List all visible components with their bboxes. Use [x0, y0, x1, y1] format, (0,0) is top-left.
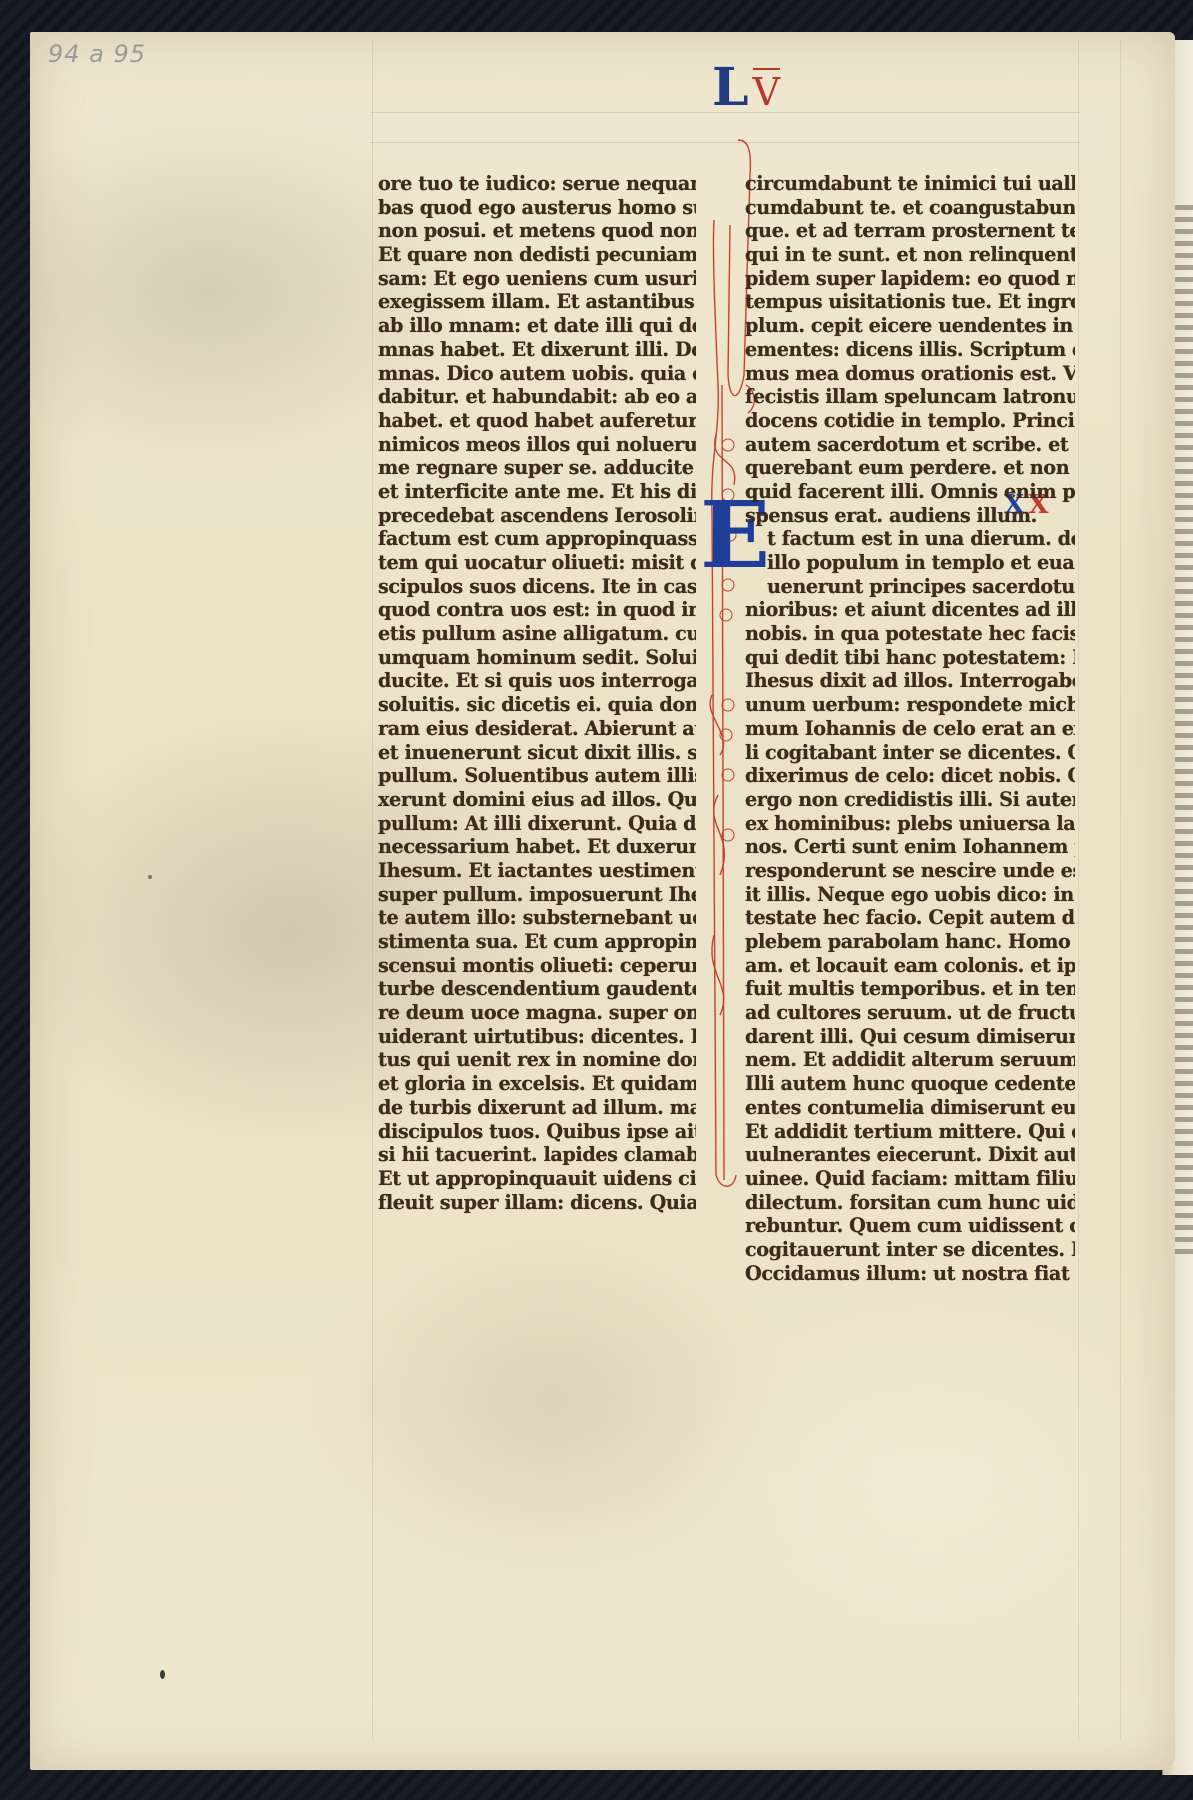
text-line: necessarium habet. Et duxerunt illum ad: [378, 835, 696, 859]
text-line: ad cultores seruum. ut de fructu uinee: [745, 1001, 1075, 1025]
text-line: rebuntur. Quem cum uidissent coloni.: [745, 1214, 1075, 1238]
ink-speck: [148, 875, 152, 879]
text-line: si hii tacuerint. lapides clamabunt.: [378, 1143, 696, 1167]
text-line: pullum: At illi dixerunt. Quia dominus e…: [378, 812, 696, 836]
text-line: mnas. Dico autem uobis. quia omni habent…: [378, 362, 696, 386]
text-line: uiderant uirtutibus: dicentes. Benedic: [378, 1025, 696, 1049]
text-line: t factum est in una dierum. docente: [745, 527, 1075, 551]
text-line: ducite. Et si quis uos interrogauerit. q…: [378, 669, 696, 693]
text-line: scipulos suos dicens. Ite in castellum: [378, 575, 696, 599]
text-line: quid facerent illi. Omnis enim populus s…: [745, 480, 1075, 504]
text-line: autem sacerdotum et scribe. et principes…: [745, 433, 1075, 457]
text-line: fleuit super illam: dicens. Quia si cogn…: [378, 1191, 696, 1215]
text-line: non posui. et metens quod non seminaui.: [378, 219, 696, 243]
running-head-red-letter: V: [753, 68, 780, 114]
text-line: nobis. in qua potestate hec facis: Aut q…: [745, 622, 1075, 646]
ruling-line: [372, 40, 373, 1740]
text-line: nos. Certi sunt enim Iohannem prophetam …: [745, 835, 1075, 859]
text-line: nimicos meos illos qui noluerunt: [378, 433, 696, 457]
text-line: dabitur. et habundabit: ab eo autem qui …: [378, 385, 696, 409]
text-line: uenerunt principes sacerdotum et scribe …: [745, 575, 1075, 599]
text-line: tus qui uenit rex in nomine domini: pax …: [378, 1048, 696, 1072]
text-line: precedebat ascendens Ierosolimam. Et: [378, 504, 696, 528]
text-line: super pullum. imposuerunt Ihesum. Eun: [378, 883, 696, 907]
text-line: stimenta sua. Et cum appropinquaret iam …: [378, 930, 696, 954]
parchment-hole: [160, 1670, 165, 1679]
text-column-left: ore tuo te iudico: serue nequam. Sci bas…: [378, 172, 696, 1214]
text-line: fecistis illam speluncam latronum. Et er…: [745, 385, 1075, 409]
text-line: ram eius desiderat. Abierunt autem qui m…: [378, 717, 696, 741]
text-line: me regnare super se. adducite huc:: [378, 456, 696, 480]
text-line: qui in te sunt. et non relinquent in te …: [745, 243, 1075, 267]
pencil-folio-note: 94 a 95: [48, 40, 146, 68]
text-line: factum est cum appropinquasset Bethfage …: [378, 527, 696, 551]
text-line: nem. Et addidit alterum seruum mittere.: [745, 1048, 1075, 1072]
text-line: darent illi. Qui cesum dimiserunt eum in…: [745, 1025, 1075, 1049]
text-line: illo populum in templo et euangelizante.…: [745, 551, 1075, 575]
text-line: scensui montis oliueti: ceperunt omnes: [378, 954, 696, 978]
text-line: etis pullum asine alligatum. cui nemo: [378, 622, 696, 646]
text-line: plebem parabolam hanc. Homo plantauit ui…: [745, 930, 1075, 954]
text-line: ore tuo te iudico: serue nequam. Sci: [378, 172, 696, 196]
text-line: quod contra uos est: in quod introeuntes…: [378, 598, 696, 622]
text-line: ab illo mnam: et date illi qui decem: [378, 314, 696, 338]
text-line: ementes: dicens illis. Scriptum est: qui…: [745, 338, 1075, 362]
text-line: ex hominibus: plebs uniuersa lapidabit: [745, 812, 1075, 836]
text-line: bas quod ego austerus homo sum. tollens …: [378, 196, 696, 220]
text-line: mnas habet. Et dixerunt illi. Domine hab…: [378, 338, 696, 362]
text-line: testate hec facio. Cepit autem dicere ad: [745, 906, 1075, 930]
text-line: uinee. Quid faciam: mittam filium meum: [745, 1167, 1075, 1191]
text-line: it illis. Neque ego uobis dico: in qua p…: [745, 883, 1075, 907]
text-line: habet. et quod habet auferetur ab eo. Ve…: [378, 409, 696, 433]
text-line: sam: Et ego ueniens cum usuris utique: [378, 267, 696, 291]
text-column-right: circumdabunt te inimici tui uallo. et ci…: [745, 172, 1075, 1285]
text-line: pidem super lapidem: eo quod non cognoue…: [745, 267, 1075, 291]
text-line: Et ut appropinquauit uidens ciuitatem: [378, 1167, 696, 1191]
text-line: entes contumelia dimiserunt eum inanem.: [745, 1096, 1075, 1120]
text-line: et gloria in excelsis. Et quidam pharise…: [378, 1072, 696, 1096]
text-line: et interficite ante me. Et his dictis:: [378, 480, 696, 504]
text-line: soluitis. sic dicetis ei. quia dominus o…: [378, 693, 696, 717]
text-line: te autem illo: substernebant uestimenta …: [378, 906, 696, 930]
ruling-line: [1120, 40, 1121, 1740]
text-line: qui dedit tibi hanc potestatem: Responde…: [745, 646, 1075, 670]
text-line: turbe descendentium gaudentes lauda: [378, 977, 696, 1001]
text-line: re deum uoce magna. super omnibus quas: [378, 1001, 696, 1025]
text-line: mum Iohannis de celo erat an ex hominibu…: [745, 717, 1075, 741]
text-line: exegissem illam. Et astantibus dixit. Au…: [378, 290, 696, 314]
text-line: tempus uisitationis tue. Et ingressus in…: [745, 290, 1075, 314]
text-line: docens cotidie in templo. Principes: [745, 409, 1075, 433]
ruling-line: [1078, 40, 1079, 1740]
text-line: discipulos tuos. Quibus ipse ait. Dico u…: [378, 1120, 696, 1144]
text-line: Illi autem hunc quoque cedentes. et affl…: [745, 1072, 1075, 1096]
text-line: nioribus: et aiunt dicentes ad illum. Di…: [745, 598, 1075, 622]
decorated-initial-e: E: [700, 490, 750, 580]
text-line: Ihesus dixit ad illos. Interrogabo uos e…: [745, 669, 1075, 693]
running-head-blue-letter: L: [712, 57, 749, 118]
running-head: LV: [712, 62, 780, 114]
text-line: Et addidit tertium mittere. Qui et illum: [745, 1120, 1075, 1144]
text-line: Ihesum. Et iactantes uestimenta sua: [378, 859, 696, 883]
text-line: xerunt domini eius ad illos. Quid soluit…: [378, 788, 696, 812]
text-line: mus mea domus orationis est. Vos autem: [745, 362, 1075, 386]
text-line: umquam hominum sedit. Soluite illum et a…: [378, 646, 696, 670]
text-line: dilectum. forsitan cum hunc uiderint ue: [745, 1191, 1075, 1215]
text-line: de turbis dixerunt ad illum. magister in…: [378, 1096, 696, 1120]
text-line: plum. cepit eicere uendentes in illo et: [745, 314, 1075, 338]
text-line: tem qui uocatur oliueti: misit duos di: [378, 551, 696, 575]
text-line: cogitauerunt inter se dicentes. Hic est …: [745, 1238, 1075, 1262]
text-line: querebant eum perdere. et non inuenieban…: [745, 456, 1075, 480]
text-line: dixerimus de celo: dicet nobis. Quare: [745, 764, 1075, 788]
text-line: cumdabunt te. et coangustabunt te undi: [745, 196, 1075, 220]
text-line: am. et locauit eam colonis. et ipse pere…: [745, 954, 1075, 978]
text-line: uulnerantes eiecerunt. Dixit autem domin…: [745, 1143, 1075, 1167]
text-line: fuit multis temporibus. et in tempore mi…: [745, 977, 1075, 1001]
text-line: unum uerbum: respondete michi. Baptis: [745, 693, 1075, 717]
text-line: li cogitabant inter se dicentes. Quia si: [745, 741, 1075, 765]
text-line: pullum. Soluentibus autem illis pullum. …: [378, 764, 696, 788]
text-line: spensus erat. audiens illum.: [745, 504, 1075, 528]
text-line: et inuenerunt sicut dixit illis. stantem: [378, 741, 696, 765]
text-line: responderunt se nescire unde esset. Et I…: [745, 859, 1075, 883]
text-line: Et quare non dedisti pecuniam meam ad me…: [378, 243, 696, 267]
text-line: Occidamus illum: ut nostra fiat heredita…: [745, 1262, 1075, 1286]
text-line: que. et ad terram prosternent te. et fil…: [745, 219, 1075, 243]
text-line: circumdabunt te inimici tui uallo. et ci…: [745, 172, 1075, 196]
text-line: ergo non credidistis illi. Si autem dixe…: [745, 788, 1075, 812]
